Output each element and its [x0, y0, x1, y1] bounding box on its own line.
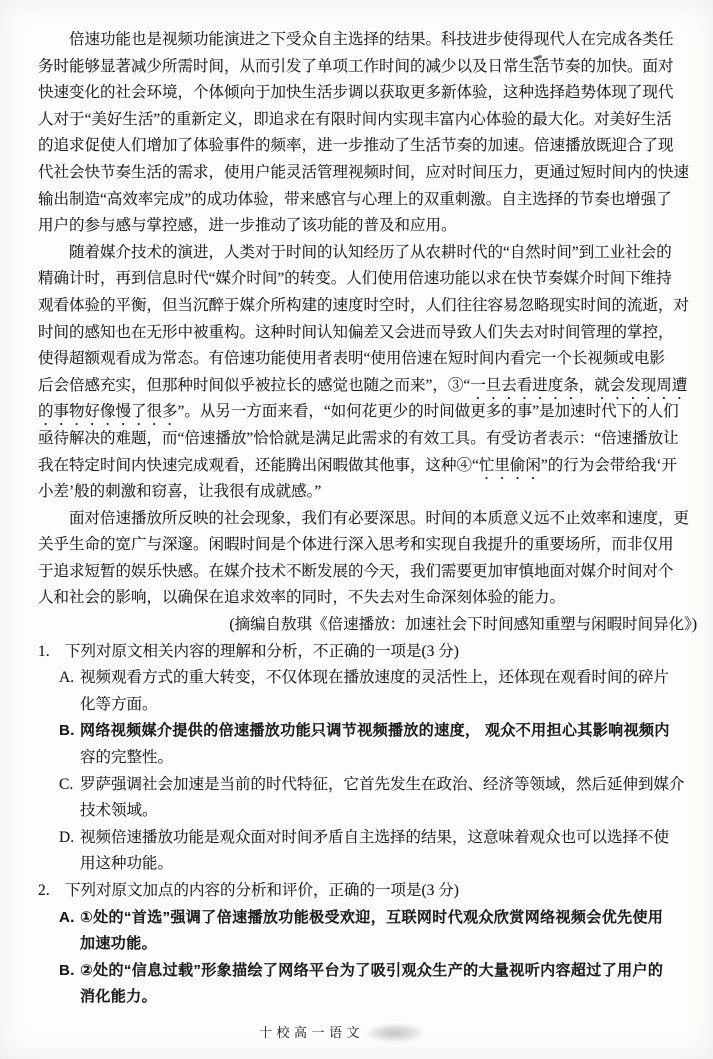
text-run: 面对倍速播放所反映的社会现象，我们有必要深思。时间的本质意义远不止效率和速度，更	[69, 510, 689, 527]
option-text: 消化能力。	[80, 988, 157, 1005]
passage-line: 小差’般的刺激和窃喜，让我很有成就感。”	[38, 479, 699, 506]
text-run: 快速变化的社会环境，个体倾向于加快生活步调以获取更多新体验，这种选择趋势体现了现…	[38, 84, 674, 101]
passage-line: 倍速功能也是视频功能演进之下受众自主选择的结果。科技进步使得现代人在完成各类任	[38, 27, 699, 54]
option-line: 加速功能。	[38, 931, 699, 958]
text-run: 倍速功能也是视频功能演进之下受众自主选择的结果。科技进步使得现代人在完成各类任	[69, 31, 674, 48]
text-run: ”。从另一方面来看，“如何花更少的时间做更多的事”是加速时代下的人们	[178, 403, 679, 420]
page-footer-label: 十校高一语文	[259, 1022, 364, 1041]
option-line: 容的完整性。	[38, 745, 699, 772]
question-number: 2.	[38, 878, 65, 905]
text-run: 人和社会的影响，以确保在追求效率的同时，不失去对生命深刻体验的能力。	[38, 589, 565, 606]
scan-smudge-artifact	[366, 1024, 424, 1042]
passage-line: 代社会快节奏生活的需求，使用户能灵活管理视频时间，应对时间压力，更通过短时间内的…	[38, 160, 699, 187]
reading-passage: 倍速功能也是视频功能演进之下受众自主选择的结果。科技进步使得现代人在完成各类任务…	[38, 27, 699, 612]
passage-line: 快速变化的社会环境，个体倾向于加快生活步调以获取更多新体验，这种选择趋势体现了现…	[38, 80, 699, 107]
option-text: 网络视频媒介提供的倍速播放功能只调节视频播放的速度， 观众不用担心其影响视频内	[80, 722, 670, 739]
emphasized-text: 的事物好像慢了很多	[38, 403, 178, 420]
option-label: C.	[59, 772, 80, 799]
question-stem-text: 下列对原文加点的内容的分析和评价，正确的一项是(3 分)	[65, 882, 459, 899]
option-text: ①处的“首选”强调了倍速播放功能极受欢迎，互联网时代观众欣赏网络视频会优先使用	[80, 909, 663, 926]
text-run: 时间的感知也在无形中被重构。这种时间认知偏差又会进而导致人们失去对时间管理的掌控…	[38, 324, 674, 341]
option-line: 用这种功能。	[38, 851, 699, 878]
scanned-exam-page: 倍速功能也是视频功能演进之下受众自主选择的结果。科技进步使得现代人在完成各类任务…	[0, 0, 713, 1059]
passage-line: 我在特定时间内快速完成观看，还能腾出闲暇做其他事，这种④“忙里偷闲”的行为会带给…	[38, 453, 699, 480]
passage-line: 随着媒介技术的演进，人类对于时间的认知经历了从农耕时代的“自然时间”到工业社会的	[38, 240, 699, 267]
option-label: B.	[59, 718, 80, 745]
text-run: 后会倍感充实，但那种时间似乎被拉长的感觉也随之而来”，③“	[38, 377, 470, 394]
option-label: B.	[59, 958, 80, 985]
option-label: A.	[59, 905, 80, 932]
passage-line: 于追求短暂的娱乐快感。在媒介技术不断发展的今天，我们需要更加审慎地面对媒介时间对…	[38, 559, 699, 586]
text-run: 小差’般的刺激和窃喜，让我很有成就感。”	[38, 483, 321, 500]
question-stem: 1.下列对原文相关内容的理解和分析，不正确的一项是(3 分)	[38, 639, 699, 666]
option-text: 容的完整性。	[80, 749, 173, 766]
option-line: 技术领域。	[38, 798, 699, 825]
option-label: A.	[59, 665, 80, 692]
text-run: 我在特定时间内快速完成观看，还能腾出闲暇做其他事，这种④“	[38, 457, 479, 474]
passage-line: 面对倍速播放所反映的社会现象，我们有必要深思。时间的本质意义远不止效率和速度，更	[38, 506, 699, 533]
text-run: 使得超额观看成为常态。有倍速功能使用者表明“使用倍速在短时间内看完一个长视频或电…	[38, 350, 665, 367]
text-run: 亟待解决的难题，而“倍速播放”恰恰就是满足此需求的有效工具。有受访者表示：“倍速…	[38, 430, 679, 447]
passage-line: 输出制造“高效率完成”的成功体验，带来感官与心理上的双重刺激。自主选择的节奏也增…	[38, 187, 699, 214]
option-text: 视频观看方式的重大转变，不仅体现在播放速度的灵活性上，还体现在观看时间的碎片	[80, 669, 669, 686]
text-run: 观看体验的平衡，但当沉醉于媒介所构建的速度时空时，人们往往容易忽略现实时间的流逝…	[38, 297, 689, 314]
option-line: A.视频观看方式的重大转变，不仅体现在播放速度的灵活性上，还体现在观看时间的碎片	[38, 665, 699, 692]
option-line: A.①处的“首选”强调了倍速播放功能极受欢迎，互联网时代观众欣赏网络视频会优先使…	[38, 905, 699, 932]
passage-line: 亟待解决的难题，而“倍速播放”恰恰就是满足此需求的有效工具。有受访者表示：“倍速…	[38, 426, 699, 453]
question-stem-text: 下列对原文相关内容的理解和分析，不正确的一项是(3 分)	[65, 643, 459, 660]
emphasized-text: 忙里偷闲	[479, 457, 541, 474]
text-run: 关乎生命的宽广与深邃。闲暇时间是个体进行深入思考和实现自我提升的重要场所，而非仅…	[38, 536, 674, 553]
text-run: ”的行为会带给我‘开	[541, 457, 677, 474]
text-run: 务时能够显著减少所需时间，从而引发了单项工作时间的减少以及日常生活节奏的加快。面…	[38, 58, 674, 75]
option-text: 加速功能。	[80, 935, 157, 952]
option-line: C.罗萨强调社会加速是当前的时代特征，它首先发生在政治、经济等领域，然后延伸到媒…	[38, 772, 699, 799]
option-line: 消化能力。	[38, 984, 699, 1011]
option-text: 技术领域。	[80, 802, 158, 819]
question-section: 1.下列对原文相关内容的理解和分析，不正确的一项是(3 分)A.视频观看方式的重…	[38, 639, 699, 1011]
option-text: 化等方面。	[80, 696, 158, 713]
passage-line: 关乎生命的宽广与深邃。闲暇时间是个体进行深入思考和实现自我提升的重要场所，而非仅…	[38, 532, 699, 559]
passage-line: 务时能够显著减少所需时间，从而引发了单项工作时间的减少以及日常生活节奏的加快。面…	[38, 54, 699, 81]
passage-line: 用户的参与感与掌控感，进一步推动了该功能的普及和应用。	[38, 213, 699, 240]
passage-line: 观看体验的平衡，但当沉醉于媒介所构建的速度时空时，人们往往容易忽略现实时间的流逝…	[38, 293, 699, 320]
option-text: 视频倍速播放功能是观众面对时间矛盾自主选择的结果，这意味着观众也可以选择不使	[80, 829, 669, 846]
passage-line: 精确计时，再到信息时代“媒介时间”的转变。人们使用倍速功能以求在快节奏媒介时间下…	[38, 266, 699, 293]
text-run: 输出制造“高效率完成”的成功体验，带来感官与心理上的双重刺激。自主选择的节奏也增…	[38, 191, 672, 208]
passage-attribution: (摘编自敖琪《倍速播放：加速社会下时间感知重塑与闲暇时间异化》)	[38, 612, 699, 639]
option-text: 用这种功能。	[80, 855, 173, 872]
text-run: 的追求促使人们增加了体验事件的频率，进一步推动了生活节奏的加速。倍速播放既迎合了…	[38, 137, 674, 154]
question-stem: 2.下列对原文加点的内容的分析和评价，正确的一项是(3 分)	[38, 878, 699, 905]
question-number: 1.	[38, 639, 65, 666]
document-content: 倍速功能也是视频功能演进之下受众自主选择的结果。科技进步使得现代人在完成各类任务…	[38, 27, 699, 1011]
passage-line: 后会倍感充实，但那种时间似乎被拉长的感觉也随之而来”，③“一旦去看进度条，就会发…	[38, 373, 699, 400]
passage-line: 人和社会的影响，以确保在追求效率的同时，不失去对生命深刻体验的能力。	[38, 585, 699, 612]
passage-line: 人对于“美好生活”的重新定义，即追求在有限时间内实现丰富内心体验的最大化。对美好…	[38, 107, 699, 134]
passage-line: 的追求促使人们增加了体验事件的频率，进一步推动了生活节奏的加速。倍速播放既迎合了…	[38, 133, 699, 160]
option-line: 化等方面。	[38, 692, 699, 719]
option-text: ②处的“信息过载”形象描绘了网络平台为了吸引观众生产的大量视听内容超过了用户的	[80, 962, 663, 979]
text-run: 人对于“美好生活”的重新定义，即追求在有限时间内实现丰富内心体验的最大化。对美好…	[38, 111, 672, 128]
option-line: D.视频倍速播放功能是观众面对时间矛盾自主选择的结果，这意味着观众也可以选择不使	[38, 825, 699, 852]
option-line: B.②处的“信息过载”形象描绘了网络平台为了吸引观众生产的大量视听内容超过了用户…	[38, 958, 699, 985]
text-run: 精确计时，再到信息时代“媒介时间”的转变。人们使用倍速功能以求在快节奏媒介时间下…	[38, 270, 672, 287]
passage-line: 的事物好像慢了很多”。从另一方面来看，“如何花更少的时间做更多的事”是加速时代下…	[38, 399, 699, 426]
text-run: 于追求短暂的娱乐快感。在媒介技术不断发展的今天，我们需要更加审慎地面对媒介时间对…	[38, 563, 674, 580]
option-label: D.	[59, 825, 80, 852]
text-run: 用户的参与感与掌控感，进一步推动了该功能的普及和应用。	[38, 217, 457, 234]
option-line: B.网络视频媒介提供的倍速播放功能只调节视频播放的速度， 观众不用担心其影响视频…	[38, 718, 699, 745]
passage-line: 使得超额观看成为常态。有倍速功能使用者表明“使用倍速在短时间内看完一个长视频或电…	[38, 346, 699, 373]
passage-line: 时间的感知也在无形中被重构。这种时间认知偏差又会进而导致人们失去对时间管理的掌控…	[38, 320, 699, 347]
text-run: 随着媒介技术的演进，人类对于时间的认知经历了从农耕时代的“自然时间”到工业社会的	[69, 244, 672, 261]
option-text: 罗萨强调社会加速是当前的时代特征，它首先发生在政治、经济等领域，然后延伸到媒介	[80, 776, 685, 793]
text-run: 代社会快节奏生活的需求，使用户能灵活管理视频时间，应对时间压力，更通过短时间内的…	[38, 164, 689, 181]
emphasized-text: 一旦去看进度条，就会发现周遭	[470, 377, 687, 394]
